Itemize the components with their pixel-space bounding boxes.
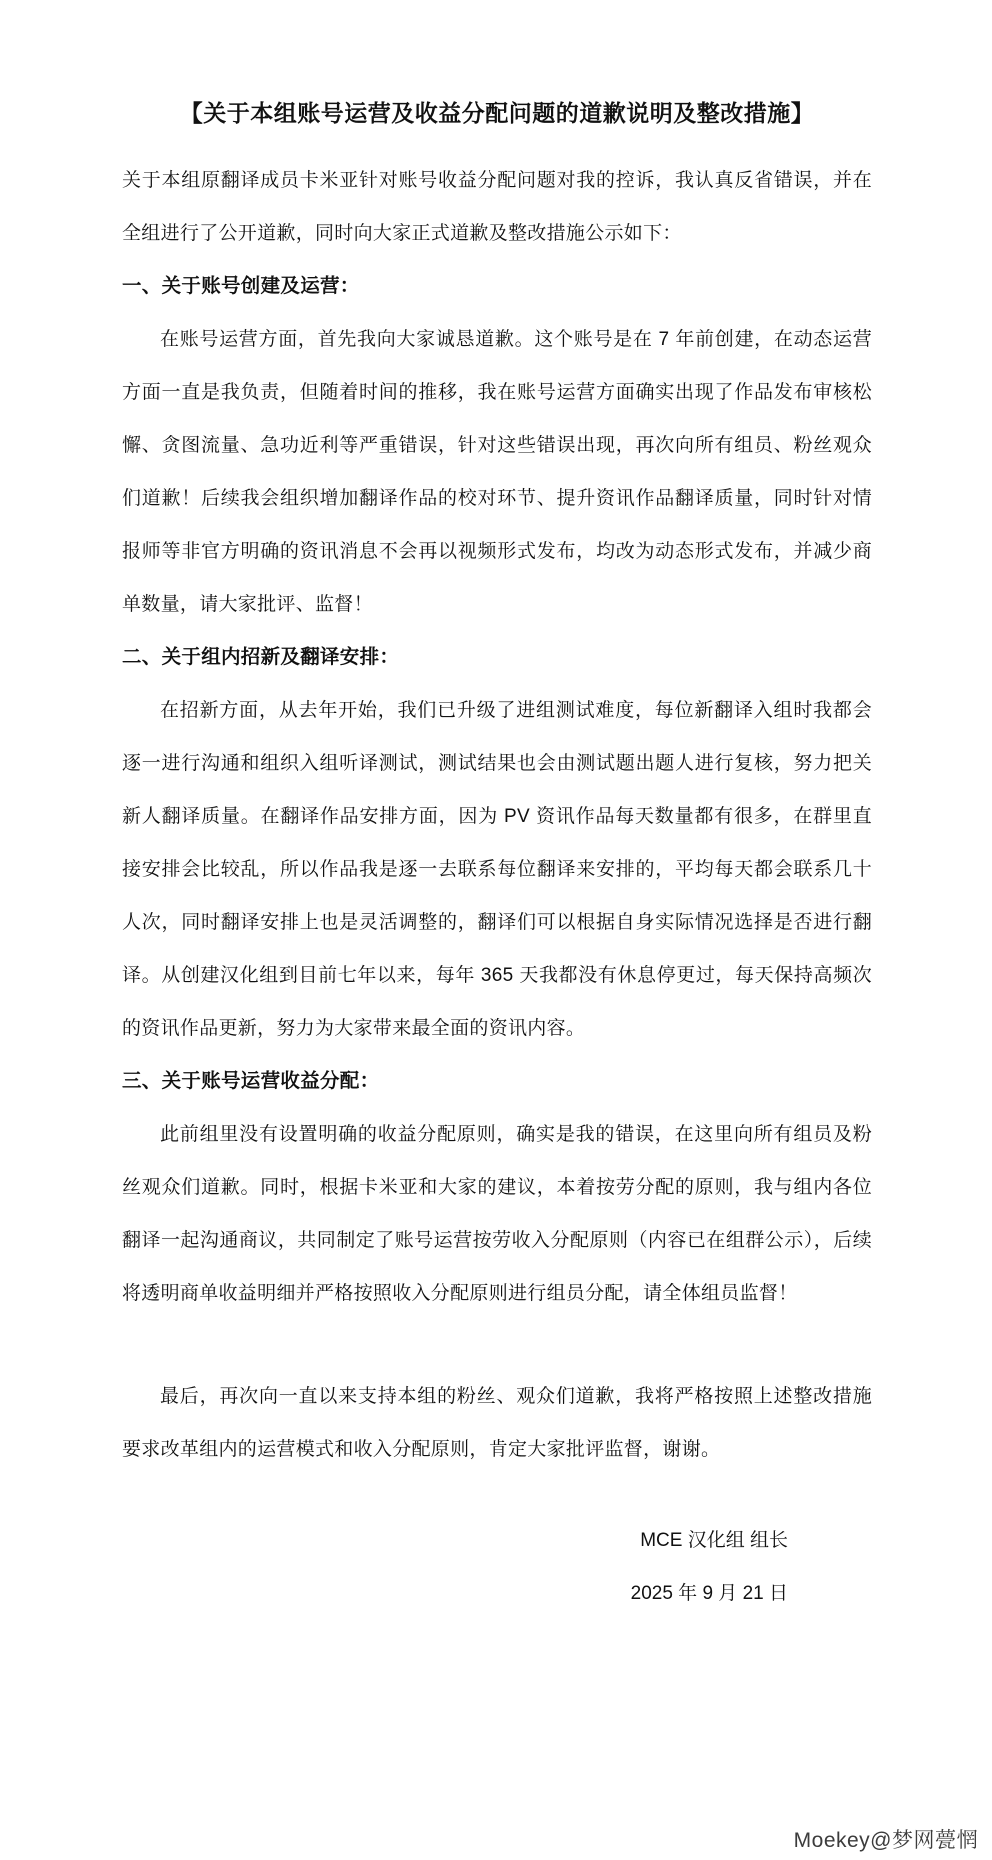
section-3-heading: 三、关于账号运营收益分配： (122, 1055, 872, 1108)
signature-block: MCE 汉化组 组长 2025 年 9 月 21 日 (122, 1514, 872, 1620)
page-title: 【关于本组账号运营及收益分配问题的道歉说明及整改措施】 (122, 96, 872, 130)
signature-line: MCE 汉化组 组长 (122, 1514, 788, 1567)
section-2-body: 在招新方面，从去年开始，我们已升级了进组测试难度，每位新翻译入组时我都会逐一进行… (122, 684, 872, 1055)
date-line: 2025 年 9 月 21 日 (122, 1567, 788, 1620)
section-2-heading: 二、关于组内招新及翻译安排： (122, 631, 872, 684)
section-1-heading: 一、关于账号创建及运营： (122, 260, 872, 313)
section-3-body: 此前组里没有设置明确的收益分配原则，确实是我的错误，在这里向所有组员及粉丝观众们… (122, 1108, 872, 1320)
apology-statement-document: 【关于本组账号运营及收益分配问题的道歉说明及整改措施】 关于本组原翻译成员卡米亚… (0, 0, 992, 1620)
section-1-body: 在账号运营方面，首先我向大家诚恳道歉。这个账号是在 7 年前创建，在动态运营方面… (122, 313, 872, 631)
closing-paragraph: 最后，再次向一直以来支持本组的粉丝、观众们道歉，我将严格按照上述整改措施要求改革… (122, 1370, 872, 1476)
intro-paragraph: 关于本组原翻译成员卡米亚针对账号收益分配问题对我的控诉，我认真反省错误，并在全组… (122, 154, 872, 260)
watermark-text: Moekey@梦网甍惘 (794, 1824, 978, 1854)
